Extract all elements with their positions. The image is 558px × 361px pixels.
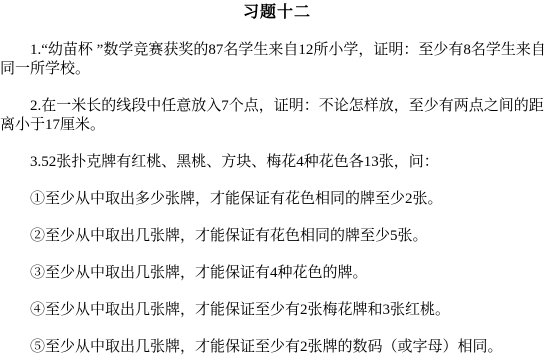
page-title: 习题十二: [0, 3, 554, 23]
problem-3-sub-1: ①至少从中取出多少张牌，才能保证有花色相同的牌至少2张。: [0, 190, 554, 209]
problem-3-sub-3: ③至少从中取出几张牌，才能保证有4种花色的牌。: [0, 264, 554, 283]
problem-3-sub-2: ②至少从中取出几张牌，才能保证有花色相同的牌至少5张。: [0, 227, 554, 246]
problem-1: 1.“幼苗杯 ”数学竞赛获奖的87名学生来自12所小学，证明：至少有8名学生来自…: [0, 41, 554, 79]
problem-3-sub-4: ④至少从中取出几张牌，才能保证至少有2张梅花牌和3张红桃。: [0, 301, 554, 320]
problem-2: 2.在一米长的线段中任意放入7个点，证明：不论怎样放，至少有两点之间的距离小于1…: [0, 97, 554, 135]
problem-3: 3.52张扑克牌有红桃、黑桃、方块、梅花4种花色各13张，问：: [0, 153, 554, 172]
problem-3-sub-5: ⑤至少从中取出几张牌，才能保证至少有2张牌的数码（或字母）相同。: [0, 338, 554, 357]
exercise-document: 习题十二 1.“幼苗杯 ”数学竞赛获奖的87名学生来自12所小学，证明：至少有8…: [0, 0, 558, 361]
